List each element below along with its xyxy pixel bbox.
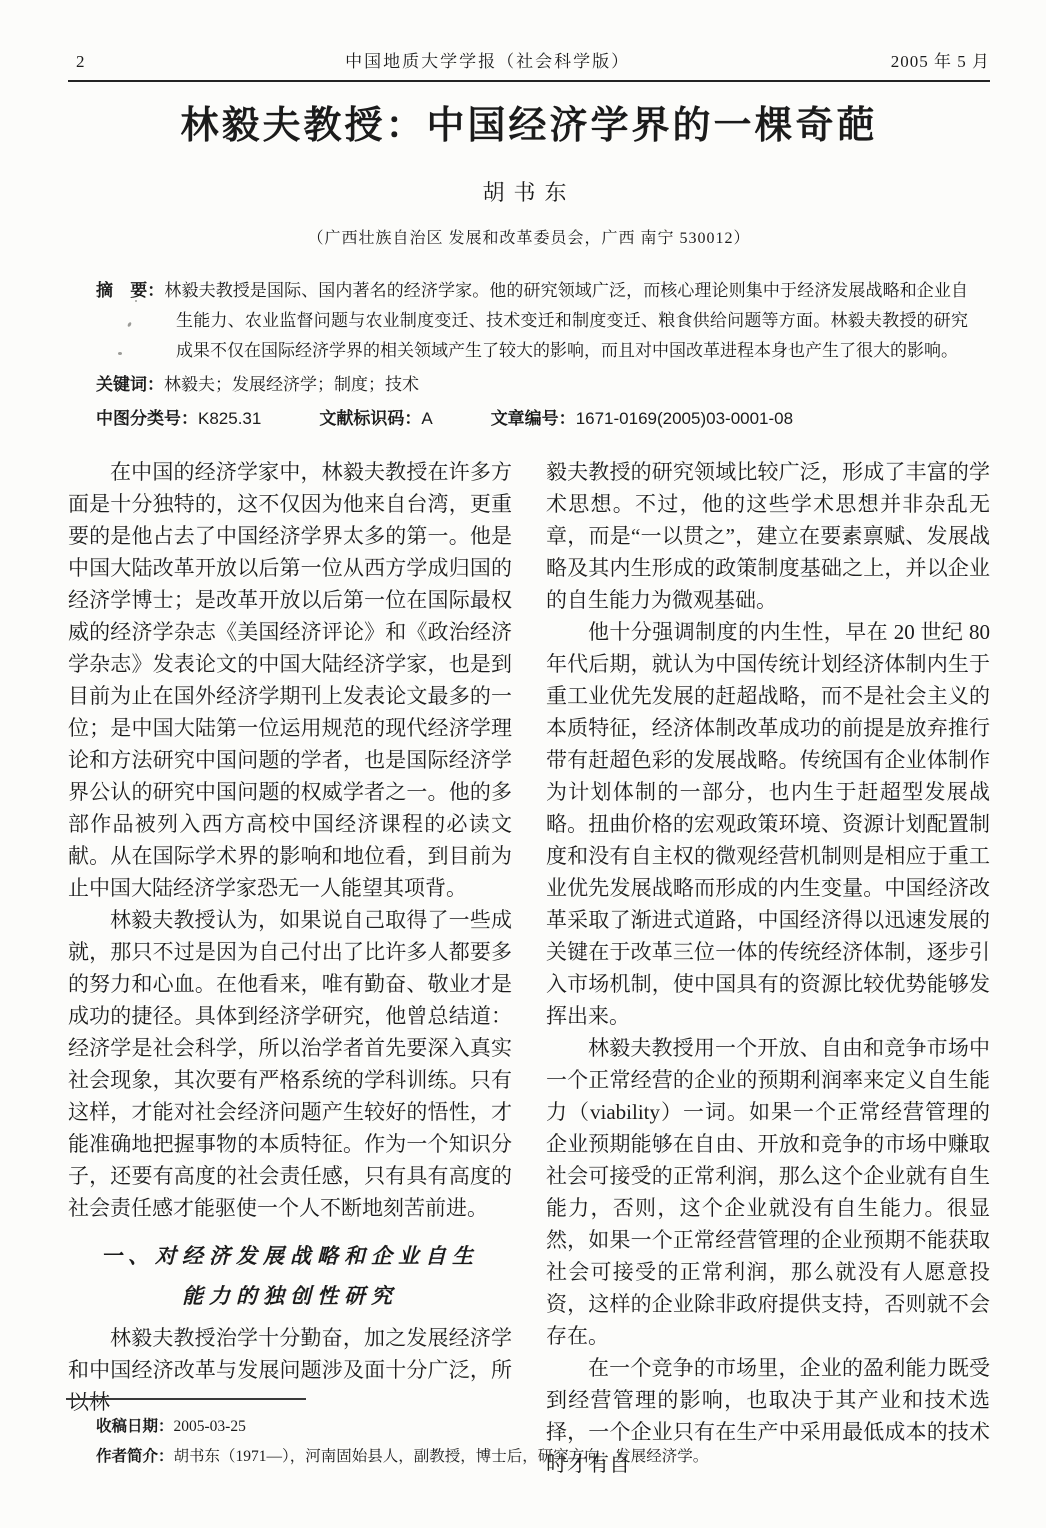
footnote: 收稿日期：2005-03-25 作者简介：胡书东（1971—），河南固始县人，副…: [96, 1412, 986, 1472]
abstract-label: 摘 要：: [96, 281, 164, 300]
body-paragraph: 在中国的经济学家中，林毅夫教授在许多方面是十分独特的，这不仅因为他来自台湾，更重…: [68, 456, 512, 904]
left-column: 在中国的经济学家中，林毅夫教授在许多方面是十分独特的，这不仅因为他来自台湾，更重…: [68, 456, 512, 1480]
scan-speck: [135, 300, 137, 302]
journal-title: 中国地质大学学报（社会科学版）: [345, 50, 630, 74]
abstract-text: 林毅夫教授是国际、国内著名的经济学家。他的研究领域广泛，而核心理论则集中于经济发…: [164, 281, 968, 360]
article-id-value: 1671-0169(2005)03-0001-08: [576, 409, 793, 428]
document-code-label: 文献标识码：: [319, 409, 421, 428]
body-columns: 在中国的经济学家中，林毅夫教授在许多方面是十分独特的，这不仅因为他来自台湾，更重…: [68, 456, 990, 1480]
body-paragraph: 毅夫教授的研究领域比较广泛，形成了丰富的学术思想。不过，他的这些学术思想并非杂乱…: [546, 456, 990, 616]
author-bio-label: 作者简介：: [96, 1448, 174, 1465]
clc-number: 中图分类号：K825.31: [96, 404, 261, 434]
scan-speck: [118, 352, 122, 355]
header-rule: [68, 80, 990, 82]
article-author: 胡书东: [68, 178, 990, 208]
document-code-value: A: [421, 409, 432, 428]
body-paragraph: 林毅夫教授用一个开放、自由和竞争市场中一个正常经营的企业的预期利润率来定义自生能…: [546, 1032, 990, 1352]
article-id-label: 文章编号：: [491, 409, 576, 428]
keywords-label: 关键词：: [96, 375, 164, 394]
section-heading-line1: 一、对经济发展战略和企业自生: [101, 1244, 479, 1268]
issue-date: 2005 年 5 月: [891, 50, 990, 74]
article-affiliation: （广西壮族自治区 发展和改革委员会，广西 南宁 530012）: [68, 228, 990, 250]
article-title: 林毅夫教授：中国经济学界的一棵奇葩: [68, 100, 990, 152]
article-id: 文章编号：1671-0169(2005)03-0001-08: [491, 404, 793, 434]
clc-label: 中图分类号：: [96, 409, 198, 428]
body-paragraph: 林毅夫教授治学十分勤奋，加之发展经济学和中国经济改革与发展问题涉及面十分广泛，所…: [68, 1322, 512, 1418]
page-header: 2 中国地质大学学报（社会科学版） 2005 年 5 月: [68, 0, 990, 74]
author-bio-line: 作者简介：胡书东（1971—），河南固始县人，副教授，博士后，研究方向：发展经济…: [96, 1442, 986, 1472]
page-number: 2: [68, 50, 85, 74]
received-date-line: 收稿日期：2005-03-25: [96, 1412, 986, 1442]
clc-value: K825.31: [198, 409, 261, 428]
body-paragraph: 他十分强调制度的内生性，早在 20 世纪 80 年代后期，就认为中国传统计划经济…: [546, 616, 990, 1032]
classification-line: 中图分类号：K825.31 文献标识码：A 文章编号：1671-0169(200…: [96, 404, 968, 434]
right-column: 毅夫教授的研究领域比较广泛，形成了丰富的学术思想。不过，他的这些学术思想并非杂乱…: [546, 456, 990, 1480]
keywords-text: 林毅夫；发展经济学；制度；技术: [164, 375, 419, 394]
document-code: 文献标识码：A: [319, 404, 432, 434]
body-paragraph: 林毅夫教授认为，如果说自己取得了一些成就，那只不过是因为自己付出了比许多人都要多…: [68, 904, 512, 1224]
keywords: 关键词：林毅夫；发展经济学；制度；技术: [96, 370, 968, 400]
journal-page: 2 中国地质大学学报（社会科学版） 2005 年 5 月 林毅夫教授：中国经济学…: [0, 0, 1046, 1528]
received-date-value: 2005-03-25: [174, 1418, 246, 1435]
received-date-label: 收稿日期：: [96, 1418, 174, 1435]
section-heading-line2: 能力的独创性研究: [182, 1284, 398, 1308]
section-heading: 一、对经济发展战略和企业自生 能力的独创性研究: [68, 1236, 512, 1316]
article-meta: 摘 要：林毅夫教授是国际、国内著名的经济学家。他的研究领域广泛，而核心理论则集中…: [68, 276, 990, 434]
author-bio-value: 胡书东（1971—），河南固始县人，副教授，博士后，研究方向：发展经济学。: [174, 1448, 709, 1465]
abstract: 摘 要：林毅夫教授是国际、国内著名的经济学家。他的研究领域广泛，而核心理论则集中…: [96, 276, 968, 366]
footnote-rule: [66, 1398, 306, 1400]
